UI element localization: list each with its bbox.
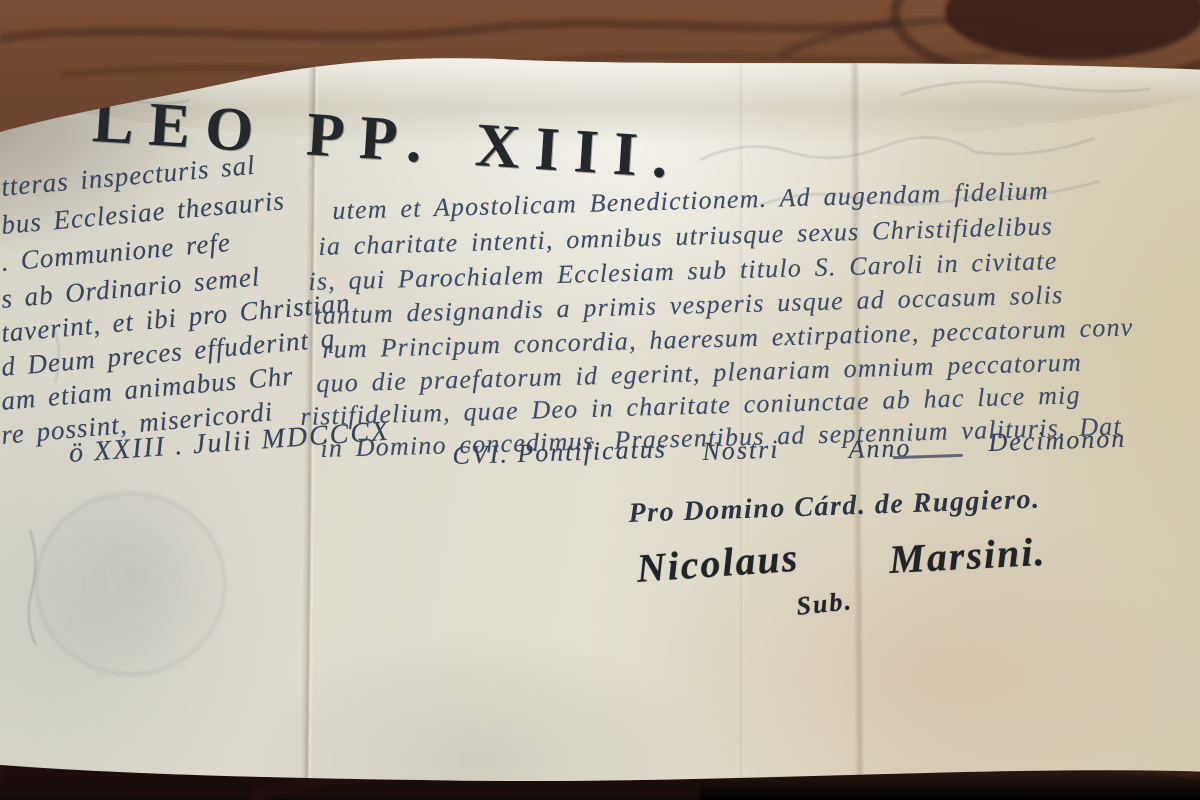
faint-seal-impression <box>35 492 226 676</box>
dateline-anno: Anno <box>848 433 912 465</box>
fold-crease-center <box>738 55 746 785</box>
parchment-document: LEO PP. XIII. tteras inspecturis sal bus… <box>0 0 1200 800</box>
signature-flourish: Sub. <box>795 586 854 622</box>
photo-of-papal-document: { "header": { "title": "LEO PP. XIII." }… <box>0 0 1200 800</box>
subscription-line: Pro Domino Cárd. de Ruggiero. <box>628 484 1041 530</box>
dateline-nostri: Nostri <box>702 435 780 467</box>
signature-nicolaus: Nicolaus <box>635 534 801 592</box>
dateline-pontificatus: CVI. Pontificatus <box>452 434 667 471</box>
signature-marsini: Marsini. <box>888 528 1047 583</box>
dateline-decimonono: Decimonon <box>988 424 1127 458</box>
